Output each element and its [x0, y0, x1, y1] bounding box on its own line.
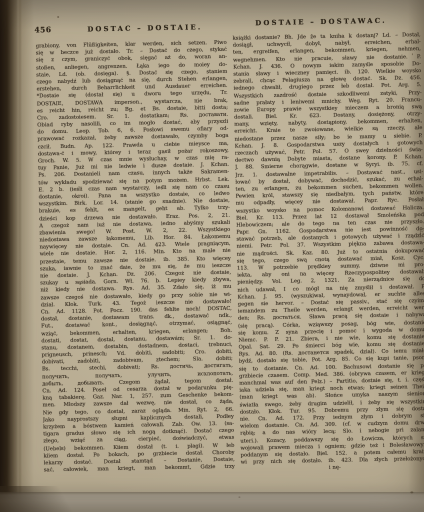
ink-speck — [238, 497, 240, 498]
right-text-column: książki dostanie? Bh. Jde že ta kniha k … — [233, 32, 424, 467]
ink-speck — [410, 491, 413, 493]
book-scan-photo: 456 DOSTAC – DOSTAIE. DOSTAIE – DOSTAWAC… — [0, 0, 424, 512]
running-header-right: DOSTAIE – DOSTAWAC. — [255, 17, 387, 28]
printed-page-content: 456 DOSTAC – DOSTAIE. DOSTAIE – DOSTAWAC… — [0, 0, 424, 512]
ink-speck — [412, 53, 413, 55]
ink-speck — [57, 16, 59, 18]
running-header-left: DOSTAC – DOSTAIE. — [87, 23, 202, 33]
page-number: 456 — [34, 25, 51, 34]
marginal-mark: F — [419, 229, 423, 236]
left-text-column: grabiony, von Flüßigkeiten, klar werden,… — [36, 40, 235, 475]
